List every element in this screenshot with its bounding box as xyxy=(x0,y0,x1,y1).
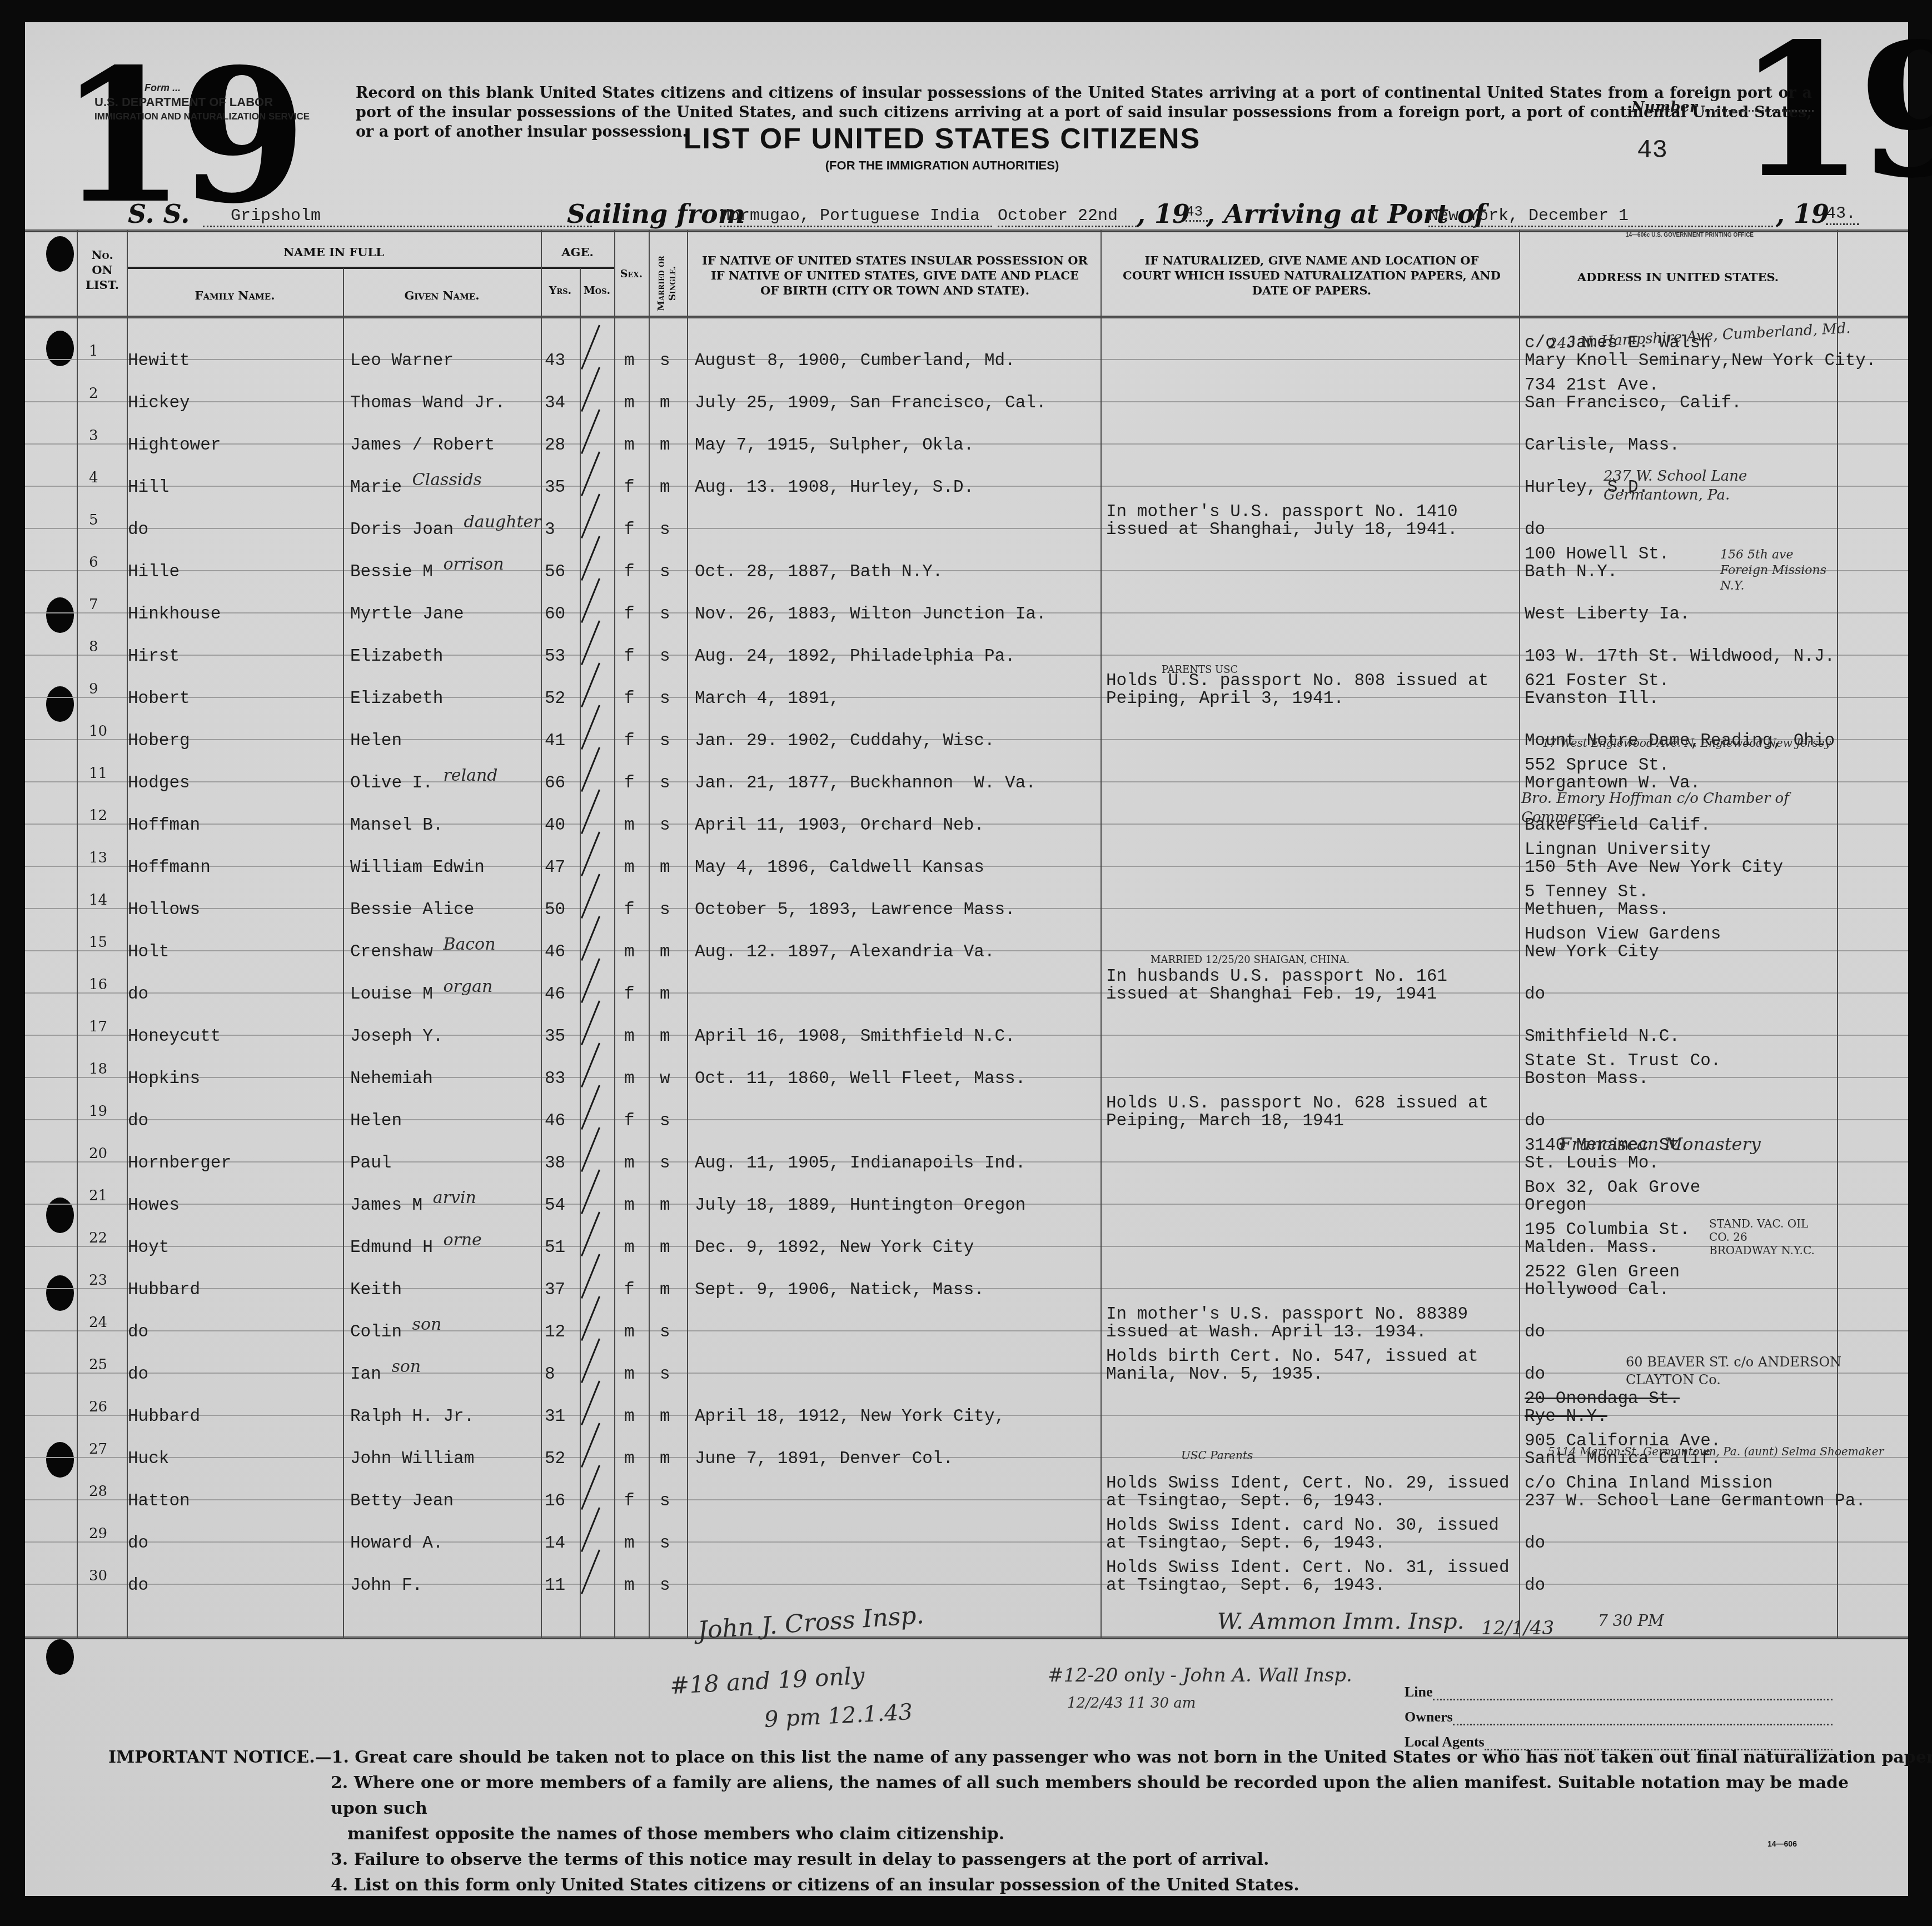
table-row: 17HoneycuttJoseph Y.35mmApril 16, 1908, … xyxy=(25,991,1908,1034)
handwritten-note-2: #12-20 only - John A. Wall Insp. xyxy=(1048,1664,1352,1687)
table-row: 3HightowerJames / Robert28mmMay 7, 1915,… xyxy=(25,400,1908,442)
table-row: 18HopkinsNehemiah83mwOct. 11, 1860, Well… xyxy=(25,1034,1908,1076)
table-row: 10HobergHelen41fsJan. 29. 1902, Cuddahy,… xyxy=(25,696,1908,738)
table-row: 7HinkhouseMyrtle Jane60fsNov. 26, 1883, … xyxy=(25,569,1908,611)
table-row: 15HoltCrenshaw46mmAug. 12. 1897, Alexand… xyxy=(25,907,1908,949)
table-row: 30doJohn F.11msHolds Swiss Ident. Cert. … xyxy=(25,1540,1908,1583)
owners-input[interactable] xyxy=(1453,1713,1833,1725)
handwritten-note-2-date: 12/2/43 11 30 am xyxy=(1067,1695,1196,1712)
page-title: LIST OF UNITED STATES CITIZENS xyxy=(581,122,1303,156)
header-birth: IF NATIVE OF UNITED STATES INSULAR POSSE… xyxy=(700,253,1089,298)
row-number: 30 xyxy=(89,1567,107,1585)
sailing-year: 43 xyxy=(1186,203,1208,222)
table-row: 9HobertElizabeth52fsMarch 4, 1891,Holds … xyxy=(25,653,1908,696)
important-notice: IMPORTANT NOTICE.— 1. Great care should … xyxy=(108,1745,1887,1898)
table-row: 28HattonBetty Jean16fsHolds Swiss Ident,… xyxy=(25,1456,1908,1498)
naturalization-info: Holds Swiss Ident. Cert. No. 31, issued … xyxy=(1106,1559,1510,1595)
sailing-date: October 22nd xyxy=(998,207,1137,227)
header-age: AGE. xyxy=(541,245,614,260)
inspector-2-date: 12/1/43 xyxy=(1481,1617,1554,1639)
header-naturalized: IF NATURALIZED, GIVE NAME AND LOCATION O… xyxy=(1123,253,1501,298)
handwritten-nat-note: MARRIED 12/25/20 SHAIGAN, CHINA. xyxy=(1151,954,1350,966)
sailing-year-prefix: , 19 xyxy=(1137,199,1190,229)
page-subtitle: (FOR THE IMMIGRATION AUTHORITIES) xyxy=(581,158,1303,173)
sailing-from: Mormugao, Portuguese India xyxy=(720,207,992,227)
inspector-2-time: 7 30 PM xyxy=(1598,1611,1664,1630)
notice-item-4: 4. List on this form only United States … xyxy=(108,1873,1887,1898)
age-years: 11 xyxy=(545,1577,565,1595)
inspector-signature-2: W. Ammon Imm. Insp. xyxy=(1217,1609,1464,1634)
line-field: Line xyxy=(1405,1684,1833,1700)
table-row: 29doHoward A.14msHolds Swiss Ident. card… xyxy=(25,1498,1908,1540)
handwritten-address-note: 5114 Marion St. Germantown, Pa. (aunt) S… xyxy=(1548,1445,1884,1458)
sailing-label: Sailing from xyxy=(567,199,745,229)
handwritten-note-1-time: 9 pm 12.1.43 xyxy=(764,1699,913,1733)
header-name-in-full: NAME IN FULL xyxy=(127,245,541,260)
marital-status: s xyxy=(660,1577,670,1595)
manifest-page: 19 Form ... U.S. DEPARTMENT OF LABOR IMM… xyxy=(25,22,1908,1896)
handwritten-address-note: 156 5th ave Foreign Missions N.Y. xyxy=(1720,547,1837,594)
header-yrs: Yrs. xyxy=(541,283,580,298)
ship-name: Gripsholm xyxy=(203,207,592,227)
table-row: 16doLouise M46fmorganIn husbands U.S. pa… xyxy=(25,949,1908,991)
form-code: 14—606 xyxy=(1767,1839,1797,1848)
list-number: 43 xyxy=(1637,136,1667,165)
arriving-year-prefix: , 19 xyxy=(1776,199,1829,229)
arriving-port: New York, December 1 xyxy=(1428,207,1773,227)
handwritten-address-note: 17 West Englewood Ave. N. Englewood New … xyxy=(1542,736,1843,750)
us-address: do xyxy=(1525,1577,1545,1595)
table-row: 6HilleBessie M56fsOct. 28, 1887, Bath N.… xyxy=(25,527,1908,569)
table-row: 22HoytEdmund H51mmDec. 9, 1892, New York… xyxy=(25,1202,1908,1245)
punch-hole xyxy=(46,1639,74,1675)
handwritten-address-note: STAND. VAC. OIL CO. 26 BROADWAY N.Y.C. xyxy=(1709,1217,1815,1257)
notice-item-2-cont: manifest opposite the names of those mem… xyxy=(108,1822,1887,1847)
table-row: 24doColin12mssonIn mother's U.S. passpor… xyxy=(25,1287,1908,1329)
table-row: 13HoffmannWilliam Edwin47mmMay 4, 1896, … xyxy=(25,822,1908,865)
handwritten-note-1: #18 and 19 only xyxy=(669,1662,865,1699)
header-family-name: Family Name. xyxy=(127,288,343,303)
header-given-name: Given Name. xyxy=(343,288,541,303)
table-row: 23HubbardKeith37fmSept. 9, 1906, Natick,… xyxy=(25,1245,1908,1287)
notice-item-2: 2. Where one or more members of a family… xyxy=(108,1770,1887,1822)
sex: m xyxy=(624,1577,635,1595)
arriving-year: 43. xyxy=(1826,204,1859,225)
handwritten-address-note: Franciscan Monastery xyxy=(1559,1134,1761,1155)
header-married-single: Married or Single. xyxy=(656,242,678,325)
ship-label: S. S. xyxy=(128,199,190,229)
handwritten-address-note: 60 BEAVER ST. c/o ANDERSON CLAYTON Co. xyxy=(1626,1353,1843,1389)
table-top-border xyxy=(25,229,1908,232)
handwritten-address-note: 237 W. School Lane Germantown, Pa. xyxy=(1604,467,1770,505)
table-row: 14HollowsBessie Alice50fsOctober 5, 1893… xyxy=(25,865,1908,907)
header-sex: Sex. xyxy=(614,267,649,282)
handwritten-nat-note: PARENTS USC xyxy=(1162,664,1238,676)
table-row: 8HirstElizabeth53fsAug. 24, 1892, Philad… xyxy=(25,611,1908,653)
voyage-line: S. S. Gripsholm Sailing from Mormugao, P… xyxy=(92,199,1870,232)
table-row: 19doHelen46fsHolds U.S. passport No. 628… xyxy=(25,1076,1908,1118)
header-no-on-list: No. ON LIST. xyxy=(81,247,124,292)
line-input[interactable] xyxy=(1433,1688,1833,1700)
handwritten-address-note: Bro. Emory Hoffman c/o Chamber of Commer… xyxy=(1521,789,1849,827)
table-row: 2HickeyThomas Wand Jr.34mmJuly 25, 1909,… xyxy=(25,358,1908,400)
number-label: Number xyxy=(1631,99,1814,116)
header-address: ADDRESS IN UNITED STATES. xyxy=(1519,270,1837,285)
printer-mark: 14—606c U.S. GOVERNMENT PRINTING OFFICE xyxy=(1626,232,1754,238)
notice-item-1: 1. Great care should be taken not to pla… xyxy=(332,1745,1932,1770)
table-row: 21HowesJames M54mmJuly 18, 1889, Hunting… xyxy=(25,1160,1908,1202)
row-rule xyxy=(25,1584,1908,1585)
given-name: John F. xyxy=(350,1577,422,1595)
notice-item-3: 3. Failure to observe the terms of this … xyxy=(108,1847,1887,1873)
family-name: do xyxy=(128,1577,148,1595)
department-label: Form ... U.S. DEPARTMENT OF LABOR IMMIGR… xyxy=(94,81,310,124)
table-bottom-border xyxy=(25,1636,1908,1639)
check-mark-icon xyxy=(581,1549,600,1594)
header-mos: Mos. xyxy=(580,283,614,298)
handwritten-nat-note: USC Parents xyxy=(1181,1449,1253,1462)
owners-field: Owners xyxy=(1405,1709,1833,1725)
notice-heading: IMPORTANT NOTICE.— xyxy=(108,1745,332,1770)
